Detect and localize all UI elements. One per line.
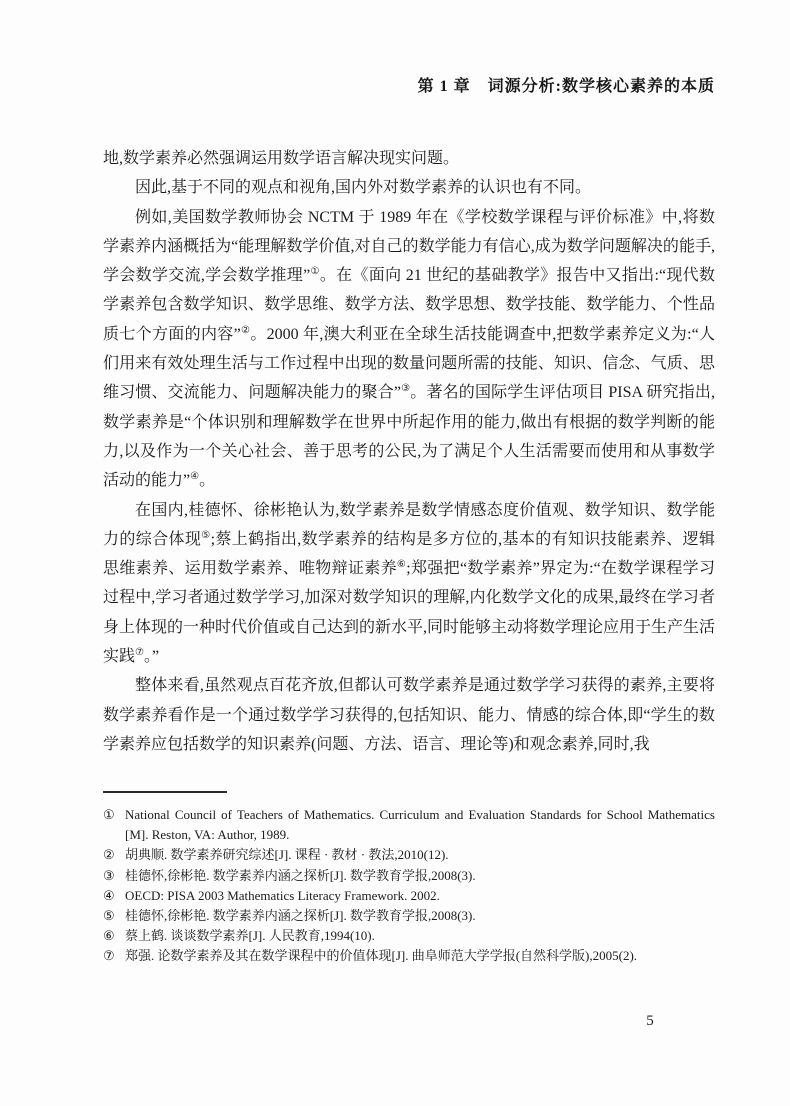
- footnote-ref: ②: [241, 325, 251, 336]
- footnote-marker: ③: [103, 866, 115, 886]
- footnote-marker: ②: [103, 845, 115, 865]
- text-run: 。: [199, 472, 215, 489]
- footnote-ref: ⑤: [201, 530, 210, 541]
- footnote-marker: ④: [103, 886, 115, 906]
- paragraph-3: 例如,美国数学教师协会 NCTM 于 1989 年在《学校数学课程与评价标准》中…: [103, 203, 715, 496]
- footnote-separator: [103, 791, 227, 793]
- footnote-marker: ⑥: [103, 926, 115, 946]
- footnote-ref: ⑦: [135, 647, 144, 658]
- footnote-ref: ③: [401, 383, 410, 394]
- footnote-text: 桂德怀,徐彬艳. 数学素养内涵之探析[J]. 数学教育学报,2008(3).: [125, 908, 476, 923]
- footnote-text: OECD: PISA 2003 Mathematics Literacy Fra…: [125, 888, 440, 903]
- footnote-item-7: ⑦郑强. 论数学素养及其在数学课程中的价值体现[J]. 曲阜师范大学学报(自然科…: [103, 946, 715, 966]
- footnote-item-5: ⑤桂德怀,徐彬艳. 数学素养内涵之探析[J]. 数学教育学报,2008(3).: [103, 906, 715, 926]
- text-run: 整体来看,虽然观点百花齐放,但都认可数学素养是通过数学学习获得的素养,主要将数学…: [103, 677, 715, 753]
- footnote-item-2: ②胡典顺. 数学素养研究综述[J]. 课程 · 教材 · 教法,2010(12)…: [103, 845, 715, 865]
- footnote-item-4: ④OECD: PISA 2003 Mathematics Literacy Fr…: [103, 886, 715, 906]
- text-run: 地,数学素养必然强调运用数学语言解决现实问题。: [103, 150, 459, 167]
- footnote-marker: ⑦: [103, 946, 115, 966]
- paragraph-5: 整体来看,虽然观点百花齐放,但都认可数学素养是通过数学学习获得的素养,主要将数学…: [103, 671, 715, 759]
- footnote-text: 胡典顺. 数学素养研究综述[J]. 课程 · 教材 · 教法,2010(12).: [125, 847, 449, 862]
- footnote-text: 蔡上鹤. 谈谈数学素养[J]. 人民教育,1994(10).: [125, 928, 375, 943]
- paragraph-1: 地,数学素养必然强调运用数学语言解决现实问题。: [103, 144, 715, 173]
- footnote-marker: ⑤: [103, 906, 115, 926]
- body-text: 地,数学素养必然强调运用数学语言解决现实问题。因此,基于不同的观点和视角,国内外…: [103, 144, 715, 759]
- page-number: 5: [630, 1013, 670, 1030]
- footnote-list: ①National Council of Teachers of Mathema…: [103, 805, 715, 967]
- paragraph-4: 在国内,桂德怀、徐彬艳认为,数学素养是数学情感态度价值观、数学知识、数学能力的综…: [103, 496, 715, 672]
- footnote-item-6: ⑥蔡上鹤. 谈谈数学素养[J]. 人民教育,1994(10).: [103, 926, 715, 946]
- footnote-ref: ①: [310, 266, 320, 277]
- book-page: 第 1 章 词源分析:数学核心素养的本质 地,数学素养必然强调运用数学语言解决现…: [0, 0, 790, 1106]
- text-run: 因此,基于不同的观点和视角,国内外对数学素养的认识也有不同。: [135, 179, 591, 196]
- paragraph-2: 因此,基于不同的观点和视角,国内外对数学素养的认识也有不同。: [103, 173, 715, 202]
- footnote-text: 桂德怀,徐彬艳. 数学素养内涵之探析[J]. 数学教育学报,2008(3).: [125, 868, 476, 883]
- footnote-item-1: ①National Council of Teachers of Mathema…: [103, 805, 715, 845]
- footnote-text: 郑强. 论数学素养及其在数学课程中的价值体现[J]. 曲阜师范大学学报(自然科学…: [125, 948, 637, 963]
- text-run: 。”: [144, 648, 159, 665]
- running-header: 第 1 章 词源分析:数学核心素养的本质: [103, 73, 715, 96]
- footnote-ref: ④: [190, 471, 199, 482]
- footnote-marker: ①: [103, 805, 115, 825]
- footnote-item-3: ③桂德怀,徐彬艳. 数学素养内涵之探析[J]. 数学教育学报,2008(3).: [103, 866, 715, 886]
- footnote-ref: ⑥: [397, 559, 406, 570]
- footnote-text: National Council of Teachers of Mathemat…: [125, 807, 715, 842]
